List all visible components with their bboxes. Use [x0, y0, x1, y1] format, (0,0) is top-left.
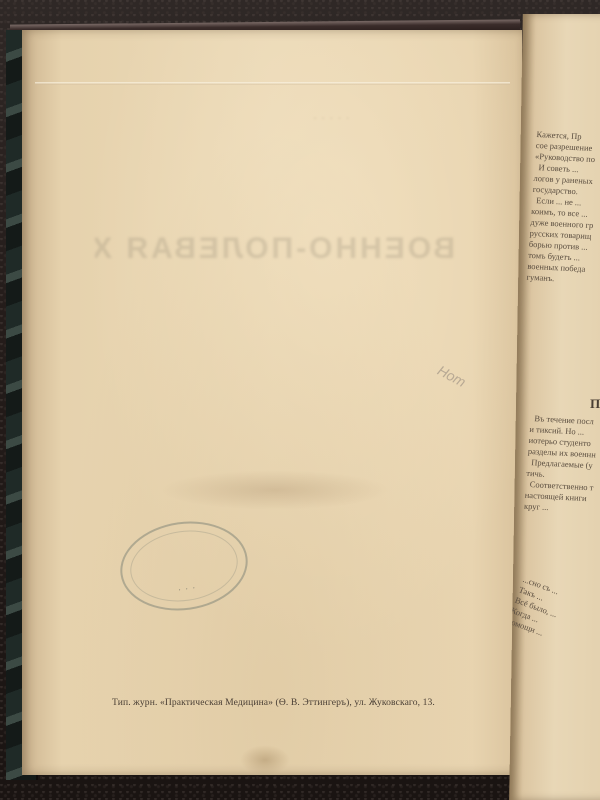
right-page-paragraph-3: ...сно съ ... Такъ ... Всё было, ... Ког…: [509, 574, 600, 667]
printer-imprint: Тип. журн. «Практическая Медицина» (Ѳ. В…: [112, 697, 452, 708]
right-page-paragraph-2: Въ течение посл и тиксий. Но ... иотерьо…: [524, 413, 600, 518]
right-page-paragraph-1: Кажется, Пр сое разрешение «Руководство …: [526, 129, 600, 289]
page-fold-line: [35, 82, 510, 85]
bleed-through-subtitle: · · · · ·: [190, 112, 350, 130]
page-stain: [160, 470, 390, 510]
page-stain-bottom: [240, 745, 290, 775]
right-page: Кажется, Пр сое разрешение «Руководство …: [509, 14, 600, 800]
right-page-heading: Пр: [590, 396, 600, 412]
left-page: [22, 30, 522, 775]
bleed-through-title: ВОЕННО-ПОЛЕВАЯ ХИРУРГИЯ: [95, 232, 455, 272]
